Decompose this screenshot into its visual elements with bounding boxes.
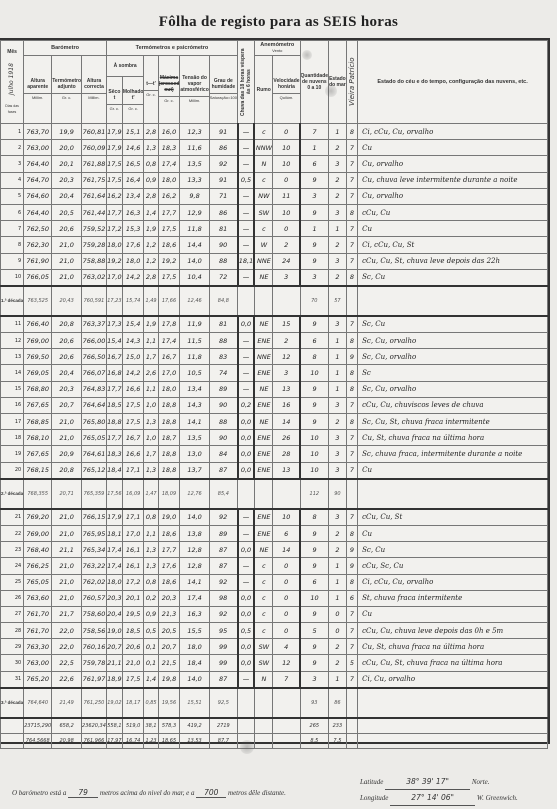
table-row: 30763,0022,5759,7821,121,00,121,518,4990… xyxy=(1,655,548,671)
cell-d: 0,2 xyxy=(144,590,158,606)
cell-vp: 15,5 xyxy=(180,623,209,639)
cell-day: 31 xyxy=(1,671,24,688)
cell-ta: 658,2 xyxy=(52,718,82,734)
cell-mx: 18,8 xyxy=(158,462,180,479)
cell-p: 769,05 xyxy=(24,365,52,381)
cell-x: 8 xyxy=(346,333,357,349)
cell-dir: ENE xyxy=(254,509,272,526)
cell-vp: 10,5 xyxy=(180,365,209,381)
month-label: Mês xyxy=(1,49,23,55)
cell-x: 7 xyxy=(346,671,357,688)
cell-pc: 758,56 xyxy=(82,623,107,639)
cell-sea: 1 xyxy=(329,574,347,590)
days-label: Dias das fases xyxy=(1,103,23,115)
cell-day: 28 xyxy=(1,623,24,639)
cell-tw: 13,4 xyxy=(122,188,144,204)
cell-x: 9 xyxy=(346,349,357,365)
cell-t: 17,7 xyxy=(106,204,122,220)
cell-vel: 14 xyxy=(273,414,300,430)
cell-d: 1,7 xyxy=(144,446,158,462)
observer-header: Vieira Patrício xyxy=(346,41,357,124)
cell-mx: 18,65 xyxy=(158,733,180,748)
cell-h: 92 xyxy=(209,509,237,526)
cell-t: 19,2 xyxy=(106,253,122,269)
cell-tw: 17,2 xyxy=(122,574,144,590)
cell-h: 87 xyxy=(209,462,237,479)
cell-d: 1,3 xyxy=(144,140,158,156)
cell-h: 89 xyxy=(209,381,237,397)
cell-vp: 13,5 xyxy=(180,430,209,446)
cell-tw: 15,0 xyxy=(122,349,144,365)
cell-desc xyxy=(358,733,548,748)
cell-t: 18,5 xyxy=(106,397,122,413)
cell-desc: Sc, Cu, orvalho xyxy=(358,381,548,397)
cell-vp: 12,46 xyxy=(180,286,209,316)
cell-vel: 10 xyxy=(273,509,300,526)
cell-clouds: 3 xyxy=(300,671,329,688)
cell-mx: 578,3 xyxy=(158,718,180,734)
cell-h: 84,8 xyxy=(209,286,237,316)
cell-h: 99 xyxy=(209,655,237,671)
cell-t: 17,9 xyxy=(106,124,122,140)
cell-day: 18 xyxy=(1,430,24,446)
cell-sea: 1 xyxy=(329,333,347,349)
cell-t: 17,3 xyxy=(106,316,122,333)
cell-sea: 1 xyxy=(329,671,347,688)
cell-mx: 20,7 xyxy=(158,639,180,655)
cell-sea: 3 xyxy=(329,156,347,172)
table-row: 27761,7021,7758,6020,419,50,921,316,3920… xyxy=(1,606,548,622)
cell-vel: 14 xyxy=(273,542,300,558)
cell-p: 766,05 xyxy=(24,269,52,286)
cell-ta: 22,0 xyxy=(52,639,82,655)
cell-day: 26 xyxy=(1,590,24,606)
table-row: 4764,7020,3761,7517,516,40,918,013,3910,… xyxy=(1,172,548,188)
table-row: 21769,2021,0766,1517,917,10,819,014,092—… xyxy=(1,509,548,526)
cell-desc: Cu, orvalho xyxy=(358,156,548,172)
cell-pc: 765,34 xyxy=(82,542,107,558)
cell-desc: Sc, Cu xyxy=(358,316,548,333)
table-row: 12769,0020,6766,0015,414,31,117,411,588—… xyxy=(1,333,548,349)
rain-header: Chuva das 18 horas véspera às 6 horas xyxy=(238,41,255,124)
cell-ta: 20,43 xyxy=(52,286,82,316)
table-row: 25765,0521,0762,0218,017,20,818,614,192—… xyxy=(1,574,548,590)
cell-day: 16 xyxy=(1,397,24,413)
description-header: Estado do céu e do tempo, configuração d… xyxy=(358,41,548,124)
cell-vp: 14,4 xyxy=(180,237,209,253)
cell-day: 25 xyxy=(1,574,24,590)
cell-d: 1,9 xyxy=(144,316,158,333)
table-row: 29763,3022,0760,1620,720,60,120,718,0990… xyxy=(1,639,548,655)
cell-day: 3 xyxy=(1,156,24,172)
cell-clouds: 9 xyxy=(300,542,329,558)
cell-p: 769,00 xyxy=(24,525,52,541)
cell-p: 768,40 xyxy=(24,542,52,558)
cell-rain: 18,1 xyxy=(238,253,255,269)
table-row: 24766,2521,0763,2217,416,11,317,612,887—… xyxy=(1,558,548,574)
cell-t: 558,1 xyxy=(106,718,122,734)
cell-vp: 14,3 xyxy=(180,397,209,413)
cell-mx: 18,0 xyxy=(158,381,180,397)
cell-tw: 15,74 xyxy=(122,286,144,316)
cell-day: 22 xyxy=(1,525,24,541)
cell-sea: 2 xyxy=(329,188,347,204)
cell-x: 8 xyxy=(346,525,357,541)
cell-day: 20 xyxy=(1,462,24,479)
sea-header: Estado do mar xyxy=(329,41,347,124)
cell-mx: 18,6 xyxy=(158,237,180,253)
cell-p: 768,80 xyxy=(24,381,52,397)
cell-clouds: 3 xyxy=(300,188,329,204)
cell-clouds: 9 xyxy=(300,237,329,253)
cell-dir: SW xyxy=(254,204,272,220)
cell-p: 769,20 xyxy=(24,509,52,526)
cell-t: 17,7 xyxy=(106,430,122,446)
cell-clouds: 1 xyxy=(300,140,329,156)
cell-vel: 28 xyxy=(273,446,300,462)
cell-x: 7 xyxy=(346,462,357,479)
cell-day: 21 xyxy=(1,509,24,526)
cell-vel: 0 xyxy=(273,124,300,140)
table-row: 31765,2022,6761,9718,917,51,419,814,087—… xyxy=(1,671,548,688)
cell-desc: cCu, Cu, St, chuva fraca na última hora xyxy=(358,655,548,671)
cell-vp: 13,8 xyxy=(180,525,209,541)
cell-t: 18,8 xyxy=(106,414,122,430)
cell-tw: 16,1 xyxy=(122,558,144,574)
cell-day: 11 xyxy=(1,316,24,333)
cell-t: 18,9 xyxy=(106,671,122,688)
cell-tw: 16,6 xyxy=(122,446,144,462)
cell-vel xyxy=(273,733,300,748)
cell-sea: 57 xyxy=(329,286,347,316)
cell-vp: 419,2 xyxy=(180,718,209,734)
month-handwritten: Julho 1918 xyxy=(9,57,15,101)
cell-vp: 14,0 xyxy=(180,671,209,688)
cell-vp: 12,76 xyxy=(180,479,209,509)
cell-sea: 3 xyxy=(329,204,347,220)
cell-dir: NE xyxy=(254,414,272,430)
cell-vp: 12,9 xyxy=(180,204,209,220)
cell-ta: 21,0 xyxy=(52,253,82,269)
cell-desc: Ci, cCu, Cu, orvalho xyxy=(358,124,548,140)
cell-desc: cCu, Cu, St xyxy=(358,509,548,526)
cell-rain: — xyxy=(238,333,255,349)
cell-vel: 3 xyxy=(273,365,300,381)
cell-p: 23715,290 xyxy=(24,718,52,734)
col-wind-direction: Rumo xyxy=(254,56,272,124)
cell-ta: 21,0 xyxy=(52,590,82,606)
cell-tw: 17,5 xyxy=(122,671,144,688)
cell-tw: 16,4 xyxy=(122,172,144,188)
decade-label: 3.ª década xyxy=(1,688,24,718)
cell-mx: 18,09 xyxy=(158,479,180,509)
cell-clouds: 3 xyxy=(300,269,329,286)
cell-desc: cCu, Cu xyxy=(358,204,548,220)
cell-vp: 9,8 xyxy=(180,188,209,204)
cell-tw: 18,17 xyxy=(122,688,144,718)
cell-dir xyxy=(254,479,272,509)
cell-ta: 20,6 xyxy=(52,333,82,349)
cell-tw: 17,5 xyxy=(122,414,144,430)
cell-dir: c xyxy=(254,606,272,622)
cell-mx: 19,2 xyxy=(158,253,180,269)
cell-sea: 90 xyxy=(329,479,347,509)
cell-h: 92,5 xyxy=(209,688,237,718)
cell-tw: 21,0 xyxy=(122,655,144,671)
cell-mx: 17,6 xyxy=(158,558,180,574)
decade-summary-row: 2.ª década768,35520,71765,35917,5616,091… xyxy=(1,479,548,509)
cell-p: 768,355 xyxy=(24,479,52,509)
cell-dir: NE xyxy=(254,542,272,558)
cell-pc: 758,60 xyxy=(82,606,107,622)
cell-tw: 15,3 xyxy=(122,221,144,237)
cell-dir: SW xyxy=(254,655,272,671)
cell-ta: 21,0 xyxy=(52,237,82,253)
cell-day xyxy=(1,718,24,734)
cell-pc: 765,05 xyxy=(82,430,107,446)
cell-ta: 20,9 xyxy=(52,446,82,462)
cell-t: 17,23 xyxy=(106,286,122,316)
cell-t: 20,3 xyxy=(106,590,122,606)
cell-p: 767,65 xyxy=(24,397,52,413)
barometer-text-2: metros acima do nivel do mar, e a xyxy=(100,789,195,797)
table-row: 13769,5020,6766,5016,715,01,716,711,883—… xyxy=(1,349,548,365)
cell-x: 7 xyxy=(346,397,357,413)
cell-dir: c xyxy=(254,124,272,140)
cell-d: 0,8 xyxy=(144,156,158,172)
cell-dir: ENE xyxy=(254,333,272,349)
cell-day: 14 xyxy=(1,365,24,381)
cell-vp: 13,3 xyxy=(180,172,209,188)
cell-sea: 233 xyxy=(329,718,347,734)
cell-day: 17 xyxy=(1,414,24,430)
cell-pc: 766,15 xyxy=(82,509,107,526)
cell-day: 5 xyxy=(1,188,24,204)
cell-desc: Cu, St, chuva fraca na última hora xyxy=(358,430,548,446)
cell-desc: Ci, cCu, Cu, St xyxy=(358,237,548,253)
cell-h: 72 xyxy=(209,269,237,286)
cell-clouds: 6 xyxy=(300,156,329,172)
cell-h: 91 xyxy=(209,172,237,188)
table-row: 7762,5020,6759,5217,215,31,917,511,881—c… xyxy=(1,221,548,237)
cell-p: 764,40 xyxy=(24,204,52,220)
cell-vp: 13,7 xyxy=(180,462,209,479)
rain-label: Chuva das 18 horas véspera às 6 horas xyxy=(240,45,252,119)
cell-t: 19,02 xyxy=(106,688,122,718)
cell-ta: 20,8 xyxy=(52,462,82,479)
cell-rain: — xyxy=(238,671,255,688)
cell-ta: 21,7 xyxy=(52,606,82,622)
cell-ta: 22,0 xyxy=(52,623,82,639)
cell-vp: 18,4 xyxy=(180,655,209,671)
cell-tw: 19,5 xyxy=(122,606,144,622)
cell-x: 9 xyxy=(346,558,357,574)
cell-rain: 0,5 xyxy=(238,623,255,639)
cell-mx: 17,0 xyxy=(158,365,180,381)
cell-vel: 3 xyxy=(273,269,300,286)
cell-d: 2,8 xyxy=(144,124,158,140)
cell-sea: 3 xyxy=(329,462,347,479)
cell-rain: — xyxy=(238,124,255,140)
cell-mx: 18,8 xyxy=(158,397,180,413)
cell-t: 18,1 xyxy=(106,525,122,541)
cell-rain: 0,0 xyxy=(238,462,255,479)
cell-p: 764,640 xyxy=(24,688,52,718)
cell-h: 92 xyxy=(209,574,237,590)
cell-x: 7 xyxy=(346,606,357,622)
cell-vel: 12 xyxy=(273,655,300,671)
cell-rain: 0,0 xyxy=(238,446,255,462)
cell-sea: 2 xyxy=(329,237,347,253)
cell-sea: 1 xyxy=(329,221,347,237)
cell-t: 17,5 xyxy=(106,156,122,172)
cell-desc: Cu, St, chuva fraca na última hora xyxy=(358,639,548,655)
cell-h: 71 xyxy=(209,188,237,204)
barometer-header: Barómetro xyxy=(24,41,107,56)
cell-desc: Sc, Cu, orvalho xyxy=(358,333,548,349)
cell-pc: 758,88 xyxy=(82,253,107,269)
cell-ta: 20,3 xyxy=(52,381,82,397)
cell-sea: 1 xyxy=(329,365,347,381)
col-maximum: Máxima (crossed out)Gr. c. xyxy=(158,56,180,124)
cell-vel: 2 xyxy=(273,237,300,253)
cell-vp: 16,3 xyxy=(180,606,209,622)
cell-h: 95 xyxy=(209,623,237,639)
cell-x: 7 xyxy=(346,140,357,156)
cell-p: 764,5668 xyxy=(24,733,52,748)
cell-mx: 17,7 xyxy=(158,204,180,220)
cell-vel: 10 xyxy=(273,204,300,220)
cell-ta: 21,0 xyxy=(52,414,82,430)
cell-p: 763,00 xyxy=(24,655,52,671)
cell-vel: 0 xyxy=(273,172,300,188)
cell-vel xyxy=(273,479,300,509)
cell-rain: — xyxy=(238,237,255,253)
cell-dir: N xyxy=(254,671,272,688)
barometer-text-1: O barómetro está a xyxy=(12,789,66,797)
cell-h: 86 xyxy=(209,140,237,156)
cell-tw: 16,7 xyxy=(122,430,144,446)
cell-p: 769,50 xyxy=(24,349,52,365)
cell-clouds: 70 xyxy=(300,286,329,316)
cell-x: 8 xyxy=(346,365,357,381)
cell-d: 0,9 xyxy=(144,172,158,188)
barometer-height-value: 79 xyxy=(68,788,98,798)
cell-dir xyxy=(254,733,272,748)
cell-desc: cCu, Sc, Cu xyxy=(358,558,548,574)
cell-p: 763,525 xyxy=(24,286,52,316)
cell-sea: 2 xyxy=(329,172,347,188)
cell-day: 30 xyxy=(1,655,24,671)
cell-desc xyxy=(358,286,548,316)
cell-p: 764,70 xyxy=(24,172,52,188)
cell-vp: 12,8 xyxy=(180,542,209,558)
cell-ta: 21,0 xyxy=(52,509,82,526)
cell-t: 16,2 xyxy=(106,188,122,204)
cell-p: 767,65 xyxy=(24,446,52,462)
cell-ta: 20,3 xyxy=(52,172,82,188)
cell-x: 8 xyxy=(346,574,357,590)
totals-row: 23715,290658,223620,34558,1519,038,1578,… xyxy=(1,718,548,734)
cell-clouds: 10 xyxy=(300,462,329,479)
cell-vp: 13,4 xyxy=(180,381,209,397)
cell-desc: cCu, Cu, St, chuva leve depois das 22h xyxy=(358,253,548,269)
cell-dir: SW xyxy=(254,639,272,655)
cell-t: 19,0 xyxy=(106,623,122,639)
cell-d: 1,3 xyxy=(144,542,158,558)
cell-mx: 17,4 xyxy=(158,333,180,349)
cell-ta: 20,5 xyxy=(52,204,82,220)
cell-h: 85,4 xyxy=(209,479,237,509)
cell-vel: 13 xyxy=(273,462,300,479)
cell-pc: 761,250 xyxy=(82,688,107,718)
cell-rain: 0,0 xyxy=(238,414,255,430)
cell-ta: 20,98 xyxy=(52,733,82,748)
cell-vp: 14,1 xyxy=(180,414,209,430)
cell-dir: c xyxy=(254,558,272,574)
cell-d: 0,1 xyxy=(144,655,158,671)
cell-sea: 3 xyxy=(329,316,347,333)
cell-ta: 20,1 xyxy=(52,156,82,172)
cell-vel: 6 xyxy=(273,525,300,541)
cell-mx: 17,66 xyxy=(158,286,180,316)
cell-sea: 1 xyxy=(329,349,347,365)
cell-ta: 19,9 xyxy=(52,124,82,140)
cell-mx: 16,7 xyxy=(158,349,180,365)
cell-d: 2,6 xyxy=(144,365,158,381)
cell-rain: 0,2 xyxy=(238,397,255,413)
cell-ta: 21,0 xyxy=(52,574,82,590)
cell-vel: 11 xyxy=(273,188,300,204)
cell-mx: 18,0 xyxy=(158,172,180,188)
cell-p: 763,00 xyxy=(24,140,52,156)
cell-mx: 20,3 xyxy=(158,590,180,606)
cell-vp: 11,8 xyxy=(180,221,209,237)
cell-pc: 766,00 xyxy=(82,333,107,349)
cell-sea: 86 xyxy=(329,688,347,718)
cell-clouds: 9 xyxy=(300,639,329,655)
cell-h: 91 xyxy=(209,124,237,140)
cell-x: 7 xyxy=(346,156,357,172)
cell-clouds: 6 xyxy=(300,574,329,590)
cell-mx: 17,4 xyxy=(158,156,180,172)
cell-clouds: 9 xyxy=(300,172,329,188)
cell-day xyxy=(1,733,24,748)
cell-mx: 21,3 xyxy=(158,606,180,622)
cell-vel: 7 xyxy=(273,671,300,688)
cell-h: 92 xyxy=(209,156,237,172)
cell-mx: 19,8 xyxy=(158,671,180,688)
table-row: 2763,0020,0760,0917,914,61,318,311,686—N… xyxy=(1,140,548,156)
cell-day: 13 xyxy=(1,349,24,365)
cell-rain: — xyxy=(238,156,255,172)
cell-desc: Cu, chuva leve intermitente durante a no… xyxy=(358,172,548,188)
cell-day: 12 xyxy=(1,333,24,349)
cell-pc: 766,50 xyxy=(82,349,107,365)
cell-pc: 760,591 xyxy=(82,286,107,316)
cell-p: 764,60 xyxy=(24,188,52,204)
cell-dir: c xyxy=(254,590,272,606)
cell-x xyxy=(346,479,357,509)
cell-rain xyxy=(238,479,255,509)
cell-d: 0,85 xyxy=(144,688,158,718)
cell-d: 0,1 xyxy=(144,639,158,655)
cell-mx: 19,56 xyxy=(158,688,180,718)
cell-pc: 761,44 xyxy=(82,204,107,220)
cell-mx: 21,5 xyxy=(158,655,180,671)
paper-stain xyxy=(325,85,337,97)
cell-vp: 12,8 xyxy=(180,558,209,574)
